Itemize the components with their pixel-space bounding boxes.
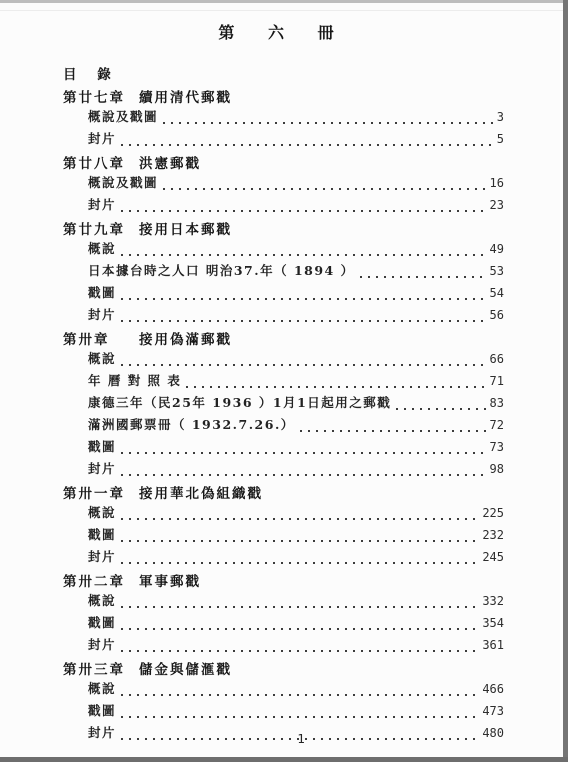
toc-item-row: 日本據台時之人口 明治37.年（ 1894 ）53: [63, 261, 504, 283]
toc-item-label: 戳圖: [88, 437, 116, 455]
scan-edge-top: [0, 0, 568, 3]
toc-item-page: 361: [482, 638, 504, 652]
scan-edge-right: [563, 0, 568, 762]
toc-chapter-number: 第卅二章: [63, 570, 139, 590]
toc-item-row: 封片56: [63, 305, 504, 327]
toc-item-page: 72: [490, 418, 504, 432]
toc-chapter-title: 儲金與儲滙戳: [139, 658, 232, 678]
toc-chapter-row: 第廿八章洪憲郵戳: [63, 151, 504, 173]
toc-item-row: 封片245: [63, 547, 504, 569]
dot-leader: [121, 562, 480, 564]
toc-chapter-number: 第廿七章: [63, 86, 139, 106]
dot-leader: [121, 320, 488, 322]
toc-item-label: 戳圖: [88, 613, 116, 631]
toc-item-page: 71: [490, 374, 504, 388]
toc-chapter-title: 續用清代郵戳: [139, 86, 232, 106]
page-number: 1: [63, 731, 539, 746]
toc-item-row: 年 曆 對 照 表71: [63, 371, 504, 393]
toc-item-label: 封片: [88, 305, 116, 323]
scanned-book-page: 第 六 冊 目 錄 第廿七章續用清代郵戳概說及戳圖3封片5第廿八章洪憲郵戳概說及…: [0, 0, 568, 762]
toc-item-page: 332: [482, 594, 504, 608]
toc-item-label: 封片: [88, 195, 116, 213]
scan-edge-faint-line: [0, 10, 568, 11]
toc-chapter-number: 第卅章: [63, 328, 139, 348]
toc-item-row: 概說49: [63, 239, 504, 261]
toc-chapter-row: 第卅三章儲金與儲滙戳: [63, 657, 504, 679]
toc-item-page: 49: [490, 242, 504, 256]
toc-item-page: 53: [490, 264, 504, 278]
toc-item-label: 戳圖: [88, 701, 116, 719]
toc-item-label: 日本據台時之人口 明治37.年（ 1894 ）: [88, 261, 355, 279]
toc-item-label: 概說: [88, 239, 116, 257]
toc-item-page: 354: [482, 616, 504, 630]
toc-item-label: 概說: [88, 349, 116, 367]
toc-item-label: 封片: [88, 129, 116, 147]
dot-leader: [163, 188, 488, 190]
toc-chapter-number: 第卅三章: [63, 658, 139, 678]
toc-item-page: 98: [490, 462, 504, 476]
toc-item-row: 概說225: [63, 503, 504, 525]
toc-item-page: 466: [482, 682, 504, 696]
toc-item-label: 滿洲國郵票冊（ 1932.7.26.）: [88, 415, 295, 433]
toc-item-row: 戳圖473: [63, 701, 504, 723]
toc-item-label: 年 曆 對 照 表: [88, 371, 181, 389]
dot-leader: [121, 628, 480, 630]
toc-chapter-title: 接用華北偽組織戳: [139, 482, 263, 502]
toc-item-page: 225: [482, 506, 504, 520]
dot-leader: [121, 298, 488, 300]
toc-item-page: 73: [490, 440, 504, 454]
dot-leader: [121, 650, 480, 652]
toc-item-label: 概說: [88, 591, 116, 609]
dot-leader: [121, 694, 480, 696]
toc-item-label: 概說: [88, 503, 116, 521]
toc-item-row: 戳圖54: [63, 283, 504, 305]
toc-chapter-row: 第卅章接用偽滿郵戳: [63, 327, 504, 349]
toc-chapter-number: 第廿八章: [63, 152, 139, 172]
toc-chapter-number: 第廿九章: [63, 218, 139, 238]
dot-leader: [360, 276, 488, 278]
toc-chapter-row: 第卅二章軍事郵戳: [63, 569, 504, 591]
toc-chapter-number: 第卅一章: [63, 482, 139, 502]
volume-title: 第 六 冊: [63, 20, 503, 43]
toc-item-row: 概說466: [63, 679, 504, 701]
toc-item-label: 戳圖: [88, 283, 116, 301]
toc-item-row: 滿洲國郵票冊（ 1932.7.26.）72: [63, 415, 504, 437]
toc-item-page: 54: [490, 286, 504, 300]
toc-item-label: 概說: [88, 679, 116, 697]
toc-item-page: 232: [482, 528, 504, 542]
toc-list: 第廿七章續用清代郵戳概說及戳圖3封片5第廿八章洪憲郵戳概說及戳圖16封片23第廿…: [63, 85, 504, 745]
scan-edge-bottom: [0, 757, 568, 762]
dot-leader: [121, 606, 480, 608]
toc-chapter-row: 第廿七章續用清代郵戳: [63, 85, 504, 107]
toc-item-label: 康德三年（民25年 1936 ）1月1日起用之郵戳: [88, 393, 391, 411]
toc-chapter-row: 第廿九章接用日本郵戳: [63, 217, 504, 239]
toc-item-row: 封片5: [63, 129, 504, 151]
toc-item-label: 封片: [88, 459, 116, 477]
dot-leader: [300, 430, 488, 432]
table-of-contents: 目 錄 第廿七章續用清代郵戳概說及戳圖3封片5第廿八章洪憲郵戳概說及戳圖16封片…: [63, 63, 504, 745]
toc-chapter-title: 洪憲郵戳: [139, 152, 201, 172]
dot-leader: [121, 144, 495, 146]
toc-chapter-title: 接用偽滿郵戳: [139, 328, 232, 348]
toc-chapter-title: 軍事郵戳: [139, 570, 201, 590]
toc-item-page: 66: [490, 352, 504, 366]
dot-leader: [121, 474, 488, 476]
toc-item-label: 封片: [88, 635, 116, 653]
toc-item-row: 封片98: [63, 459, 504, 481]
toc-item-page: 3: [497, 110, 504, 124]
dot-leader: [121, 452, 488, 454]
toc-item-row: 戳圖73: [63, 437, 504, 459]
toc-item-page: 5: [497, 132, 504, 146]
toc-item-row: 戳圖232: [63, 525, 504, 547]
dot-leader: [396, 408, 487, 410]
toc-item-label: 封片: [88, 547, 116, 565]
toc-item-label: 戳圖: [88, 525, 116, 543]
toc-item-label: 概說及戳圖: [88, 173, 158, 191]
toc-chapter-row: 第卅一章接用華北偽組織戳: [63, 481, 504, 503]
toc-item-page: 16: [490, 176, 504, 190]
toc-item-page: 245: [482, 550, 504, 564]
toc-item-row: 封片23: [63, 195, 504, 217]
toc-item-row: 概說332: [63, 591, 504, 613]
dot-leader: [121, 540, 480, 542]
dot-leader: [121, 518, 480, 520]
toc-heading: 目 錄: [63, 63, 504, 85]
dot-leader: [121, 364, 488, 366]
toc-item-label: 概說及戳圖: [88, 107, 158, 125]
toc-chapter-title: 接用日本郵戳: [139, 218, 232, 238]
toc-item-row: 康德三年（民25年 1936 ）1月1日起用之郵戳83: [63, 393, 504, 415]
toc-item-page: 23: [490, 198, 504, 212]
toc-item-page: 56: [490, 308, 504, 322]
dot-leader: [121, 716, 480, 718]
toc-item-row: 概說及戳圖16: [63, 173, 504, 195]
dot-leader: [121, 210, 488, 212]
toc-item-row: 概說及戳圖3: [63, 107, 504, 129]
dot-leader: [121, 254, 488, 256]
dot-leader: [186, 386, 487, 388]
toc-item-page: 473: [482, 704, 504, 718]
toc-item-row: 概說66: [63, 349, 504, 371]
dot-leader: [163, 122, 495, 124]
toc-item-page: 83: [490, 396, 504, 410]
toc-item-row: 封片361: [63, 635, 504, 657]
toc-item-row: 戳圖354: [63, 613, 504, 635]
